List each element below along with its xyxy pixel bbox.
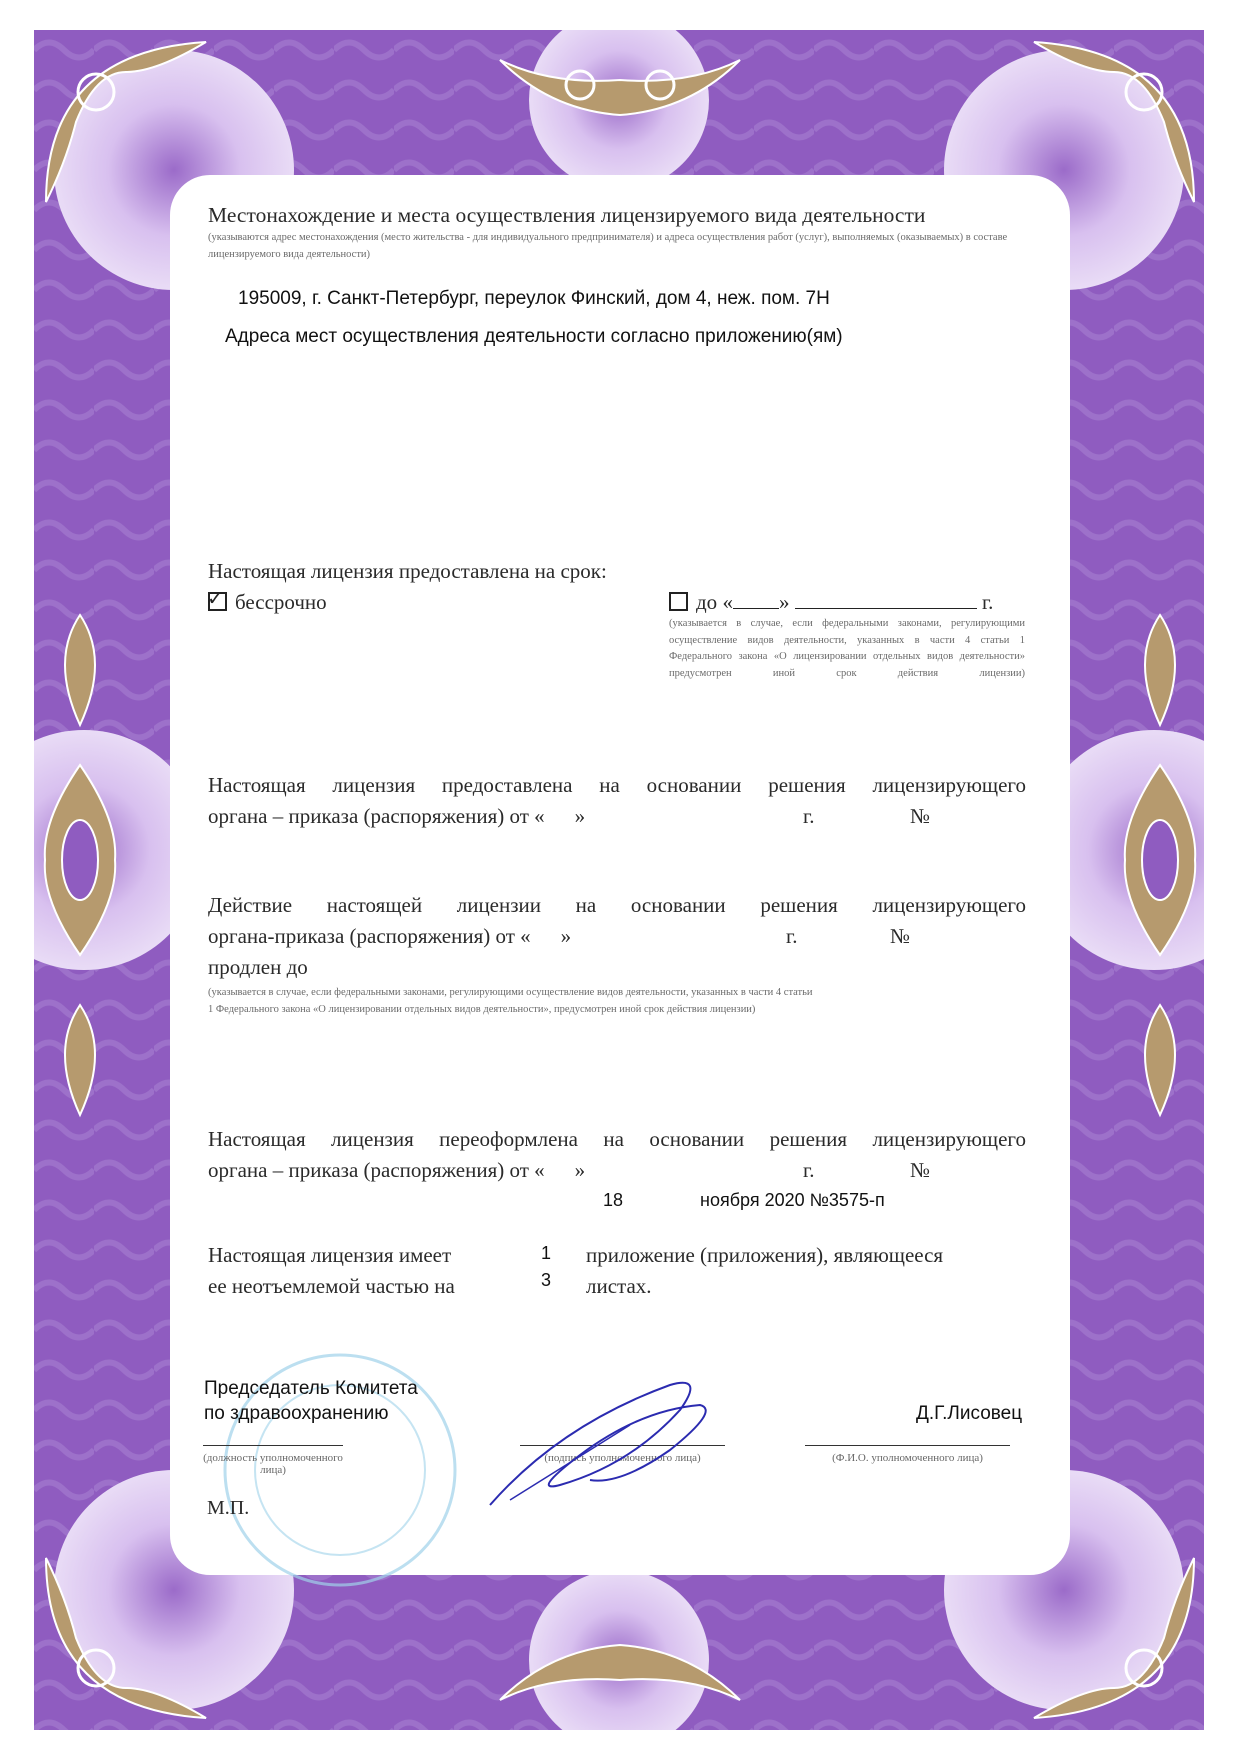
- reissued-year: г.: [803, 1158, 815, 1183]
- appendix-count: 1: [541, 1243, 551, 1264]
- indefinite-checkbox[interactable]: ✓: [208, 592, 227, 611]
- granted-prefix: органа – приказа (распоряжения) от «: [208, 804, 545, 828]
- side-ornament-icon: [1125, 610, 1195, 730]
- indefinite-label: бессрочно: [235, 590, 327, 614]
- extended-prefix: органа-приказа (распоряжения) от «: [208, 924, 531, 948]
- reissued-day: 18: [603, 1190, 623, 1211]
- position-caption: (должность уполномоченного лица): [203, 1452, 343, 1476]
- quote-close: »: [779, 590, 790, 614]
- reissued-line1: Настоящая лицензия переоформлена на осно…: [208, 1127, 1026, 1152]
- side-medallion-icon: [40, 760, 120, 960]
- until-prefix: до: [696, 590, 717, 614]
- granted-quote-close: »: [575, 804, 586, 828]
- position-line: [203, 1445, 343, 1446]
- license-address: 195009, г. Санкт-Петербург, переулок Фин…: [238, 288, 830, 310]
- extended-line2: органа-приказа (распоряжения) от «»: [208, 924, 571, 949]
- reissued-date-number: ноября 2020 №3575-п: [700, 1190, 885, 1211]
- term-heading: Настоящая лицензия предоставлена на срок…: [208, 559, 607, 584]
- name-caption: (Ф.И.О. уполномоченного лица): [800, 1452, 1015, 1464]
- corner-ornament-icon: [36, 1548, 216, 1728]
- term-until-note: (указывается в случае, если федеральными…: [669, 616, 1025, 682]
- corner-ornament-icon: [36, 32, 216, 212]
- reissued-line2: органа – приказа (распоряжения) от «»: [208, 1158, 585, 1183]
- until-checkbox[interactable]: [669, 592, 688, 611]
- signatory-position-line2: по здравоохранению: [204, 1403, 389, 1425]
- location-heading: Местонахождение и места осуществления ли…: [208, 203, 925, 228]
- location-note: (указываются адрес местонахождения (мест…: [208, 229, 1028, 263]
- extended-note: (указывается в случае, если федеральными…: [208, 984, 818, 1018]
- bottom-ornament-icon: [490, 1640, 750, 1720]
- side-ornament-icon: [45, 610, 115, 730]
- reissued-number: №: [910, 1158, 930, 1183]
- side-medallion-icon: [1120, 760, 1200, 960]
- extended-line1: Действие настоящей лицензии на основании…: [208, 893, 1026, 918]
- addresses-note: Адреса мест осуществления деятельности с…: [225, 326, 843, 348]
- signatory-position-line1: Председатель Комитета: [204, 1378, 418, 1400]
- appendix-line2-left: ее неотъемлемой частью на: [208, 1274, 455, 1299]
- appendix-line1-right: приложение (приложения), являющееся: [586, 1243, 943, 1268]
- extended-quote-close: »: [561, 924, 572, 948]
- name-line: [805, 1445, 1010, 1446]
- until-day-field[interactable]: [733, 592, 779, 609]
- quote-open: «: [722, 590, 733, 614]
- top-ornament-icon: [490, 40, 750, 120]
- granted-year: г.: [803, 804, 815, 829]
- term-indefinite-option: ✓бессрочно: [208, 590, 327, 615]
- signatory-name: Д.Г.Лисовец: [916, 1403, 1022, 1425]
- appendix-line2-right: листах.: [586, 1274, 652, 1299]
- granted-number: №: [910, 804, 930, 829]
- seal-label: М.П.: [207, 1497, 249, 1520]
- extended-line3: продлен до: [208, 955, 308, 980]
- appendix-sheets: 3: [541, 1270, 551, 1291]
- reissued-quote-close: »: [575, 1158, 586, 1182]
- corner-ornament-icon: [1024, 1548, 1204, 1728]
- side-ornament-icon: [1125, 1000, 1195, 1120]
- granted-basis-line1: Настоящая лицензия предоставлена на осно…: [208, 773, 1026, 798]
- granted-basis-line2: органа – приказа (распоряжения) от «»: [208, 804, 585, 829]
- term-until-option: до «» г.: [669, 590, 993, 615]
- extended-year: г.: [786, 924, 798, 949]
- until-month-year-field[interactable]: [795, 592, 977, 609]
- extended-number: №: [890, 924, 910, 949]
- reissued-prefix: органа – приказа (распоряжения) от «: [208, 1158, 545, 1182]
- appendix-line1-left: Настоящая лицензия имеет: [208, 1243, 451, 1268]
- side-ornament-icon: [45, 1000, 115, 1120]
- until-suffix: г.: [982, 590, 994, 614]
- signature-icon: [470, 1365, 730, 1515]
- check-icon: ✓: [207, 586, 224, 610]
- corner-ornament-icon: [1024, 32, 1204, 212]
